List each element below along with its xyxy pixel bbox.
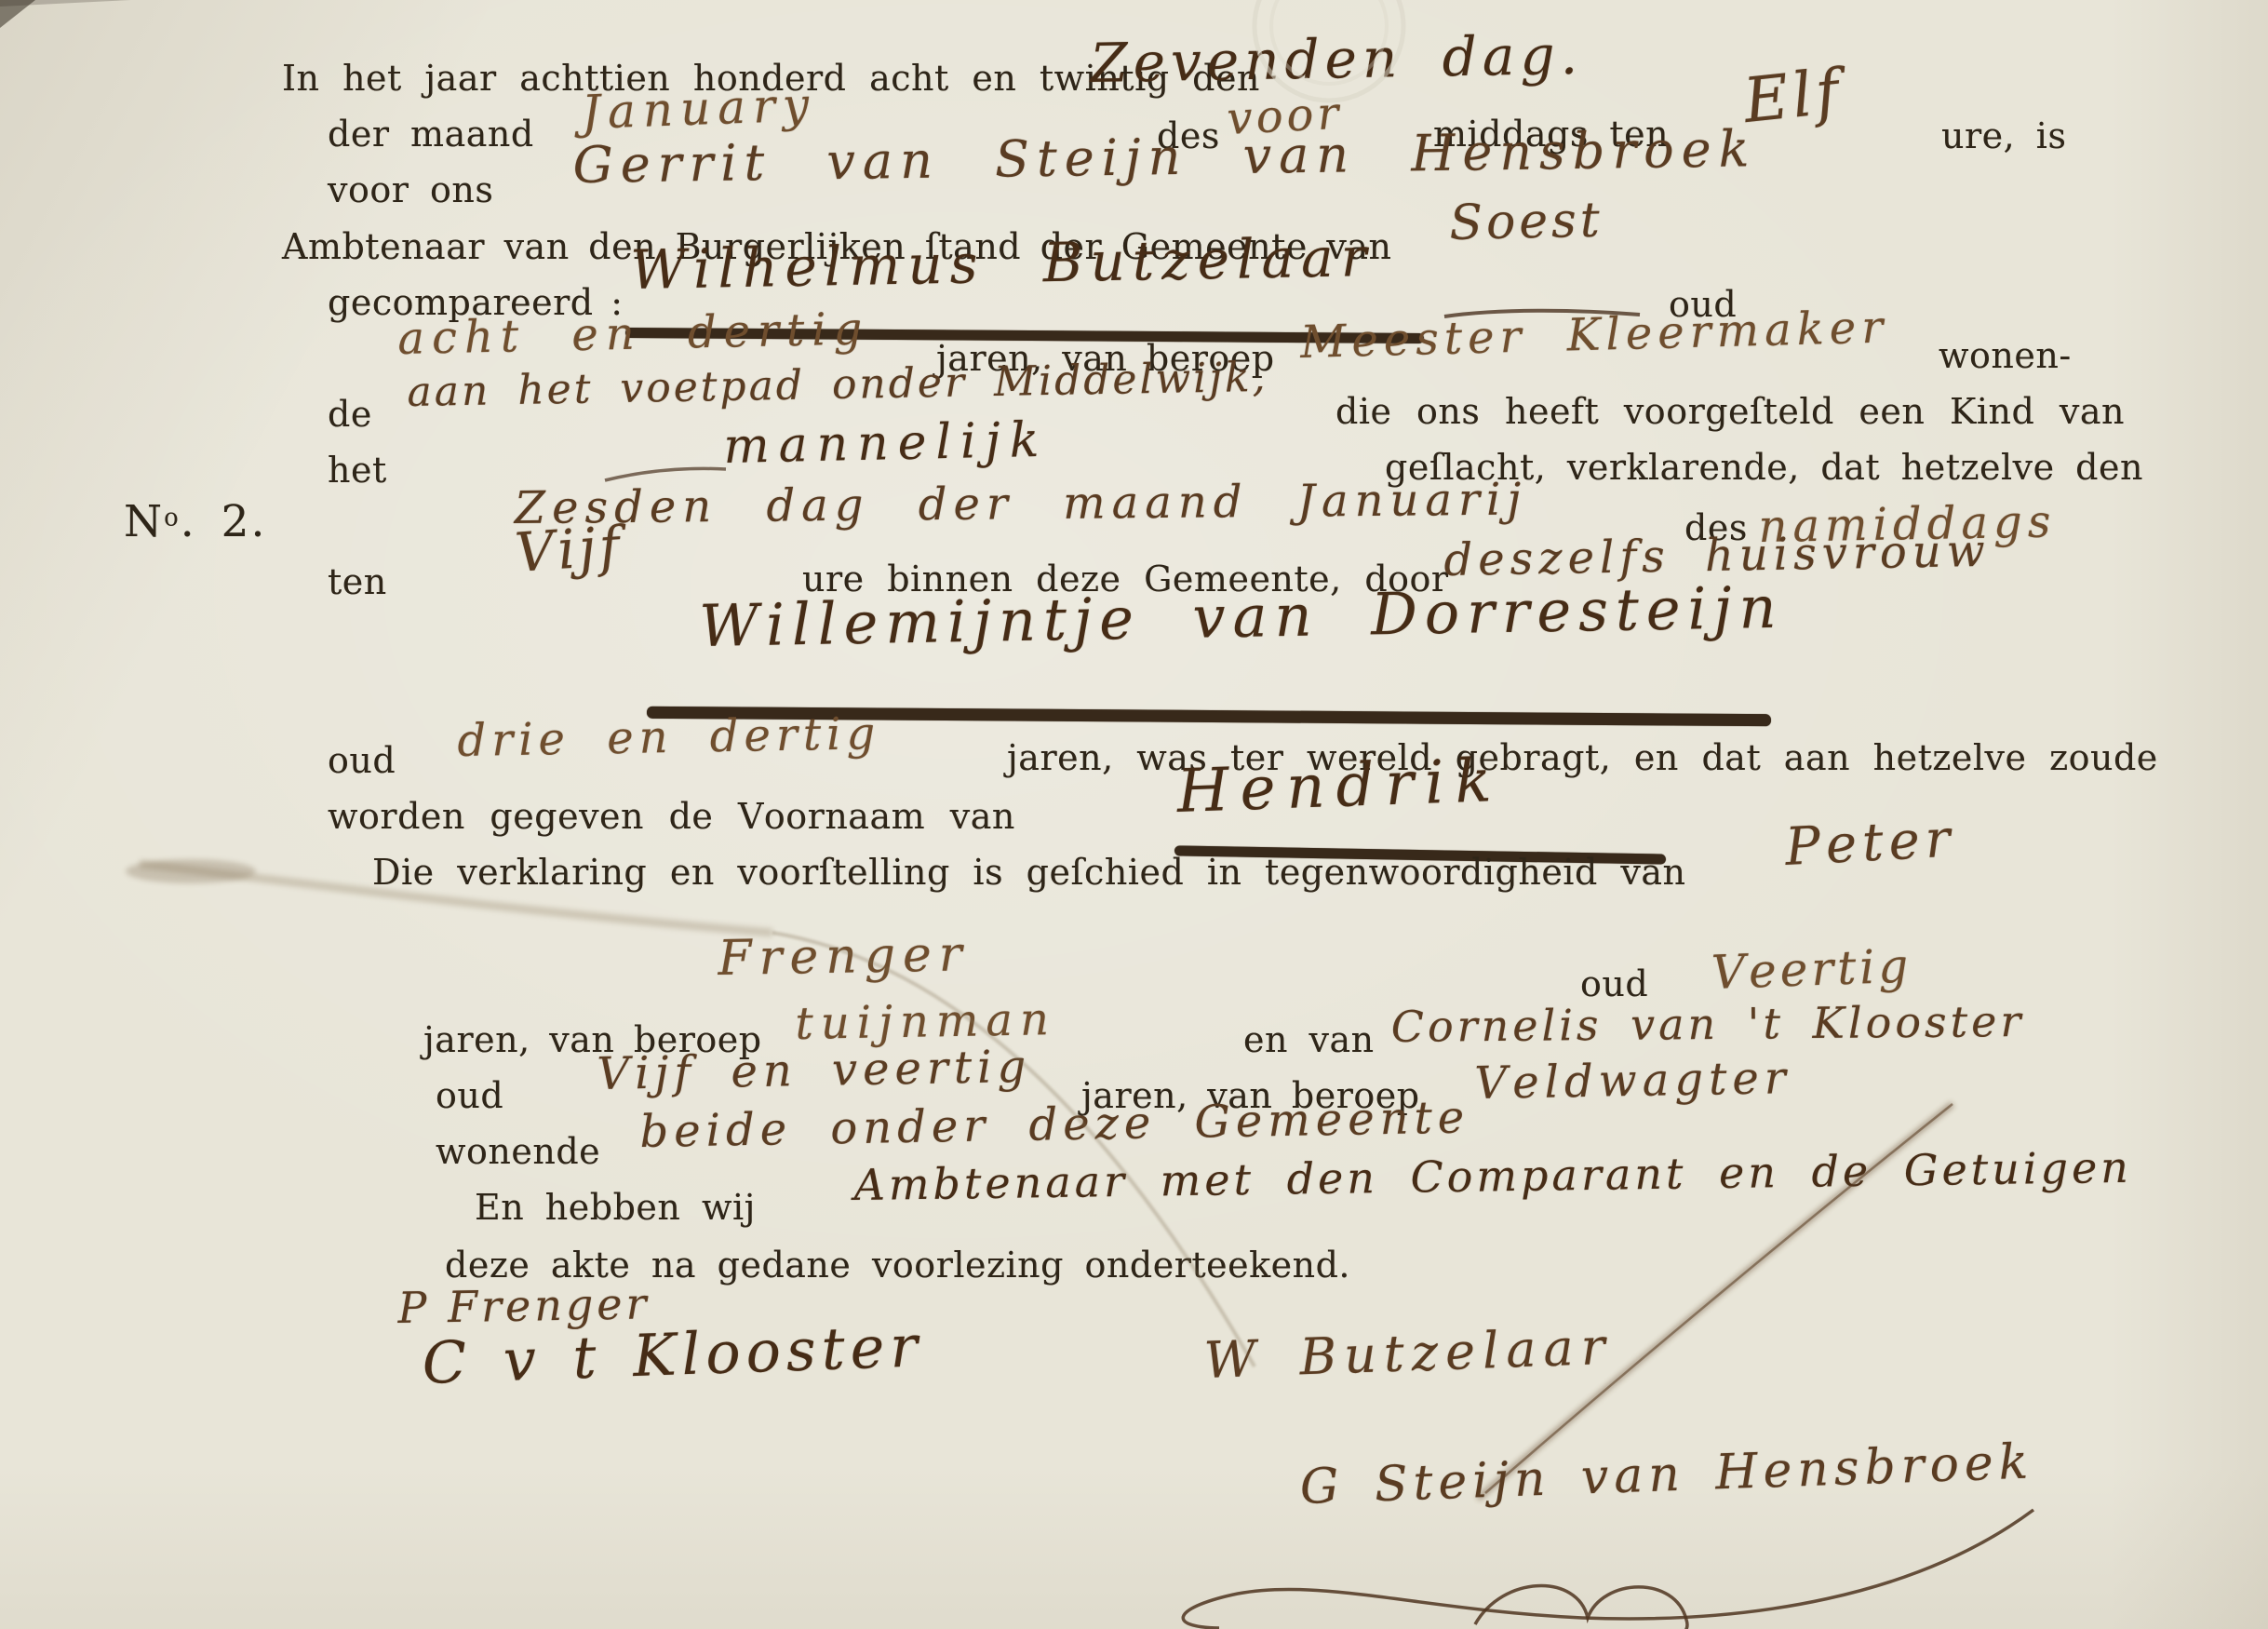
printed-en-van: en van	[1243, 1019, 1375, 1060]
hw-declarant-occupation: Meester Kleermaker	[1300, 301, 1889, 369]
hw-declarant-address: aan het voetpad onder Middelwijk,	[407, 354, 1268, 416]
hw-witness1-age: Veertig	[1711, 939, 1912, 1000]
printed-ure-is: ure, is	[1941, 115, 2066, 156]
printed-verklaring-line: Die verklaring en voorſtelling is geſchi…	[372, 852, 1685, 893]
hw-signatories-phrase: Ambtenaar met den Comparant en de Getuig…	[853, 1142, 2132, 1210]
record-number-n: N	[124, 496, 164, 547]
hw-witness1-last-name: Frenger	[718, 926, 970, 987]
printed-wonende: wonende	[436, 1131, 600, 1172]
printed-kind-van: die ons heeft voorgeſteld een Kind van	[1335, 391, 2125, 432]
hw-child-first-name: Hendrik	[1175, 747, 1503, 827]
record-number-sup: o	[164, 504, 181, 532]
signature-butzelaar: W Butzelaar	[1203, 1317, 1614, 1390]
signature-flourish-loops	[1475, 1586, 1687, 1629]
printed-voornaam-line: worden gegeven de Voornaam van	[328, 796, 1015, 837]
hw-witness2-occupation: Veldwagter	[1474, 1052, 1792, 1110]
birth-record-document: No. 2. In het jaar achttien honderd acht…	[0, 0, 2268, 1629]
photo-corner-shadow	[0, 0, 35, 28]
signature-hensbroek: G Steijn van Hensbroek	[1299, 1434, 2034, 1515]
hw-witness2-age: Vijf en veertig	[597, 1041, 1032, 1100]
top-edge-shadow	[0, 0, 130, 7]
ink-smear-blob	[126, 859, 256, 883]
printed-ten: ten	[328, 561, 387, 602]
filler-stroke-gender	[605, 468, 726, 480]
hw-mother-age: drie en dertig	[457, 707, 881, 767]
hw-witnesses-residence: beide onder deze Gemeente	[639, 1091, 1470, 1158]
printed-het: het	[328, 450, 387, 491]
hw-month: January	[581, 77, 817, 140]
record-number-rest: . 2.	[181, 496, 267, 547]
hw-child-gender: mannelijk	[723, 412, 1049, 475]
hw-declarant-name: Wilhelmus Butzelaar	[630, 225, 1375, 302]
printed-oud-4: oud	[436, 1075, 503, 1116]
hw-registration-day: Zevenden dag.	[1090, 23, 1584, 95]
hw-witness2-name: Cornelis van 't Klooster	[1391, 996, 2025, 1052]
hw-declarant-age: acht en dertig	[397, 303, 870, 365]
printed-month-label: der maand	[328, 114, 534, 155]
record-number: No. 2.	[124, 496, 266, 547]
hw-birth-hour: Vijf	[513, 514, 624, 585]
signature-flourish-sweep	[1183, 1510, 2033, 1628]
printed-de: de	[328, 394, 372, 435]
printed-oud-3: oud	[1580, 963, 1648, 1004]
printed-voor-ons: voor ons	[328, 169, 493, 210]
printed-en-hebben-wij: En hebben wij	[475, 1187, 756, 1228]
hw-gemeente-name: Soest	[1449, 193, 1604, 251]
hw-witness1-first-name: Peter	[1784, 808, 1957, 878]
printed-oud-2: oud	[328, 740, 396, 781]
hw-birth-day-month: Zesden dag der maand Januarij	[515, 474, 1528, 534]
printed-wonen: wonen-	[1939, 335, 2072, 376]
